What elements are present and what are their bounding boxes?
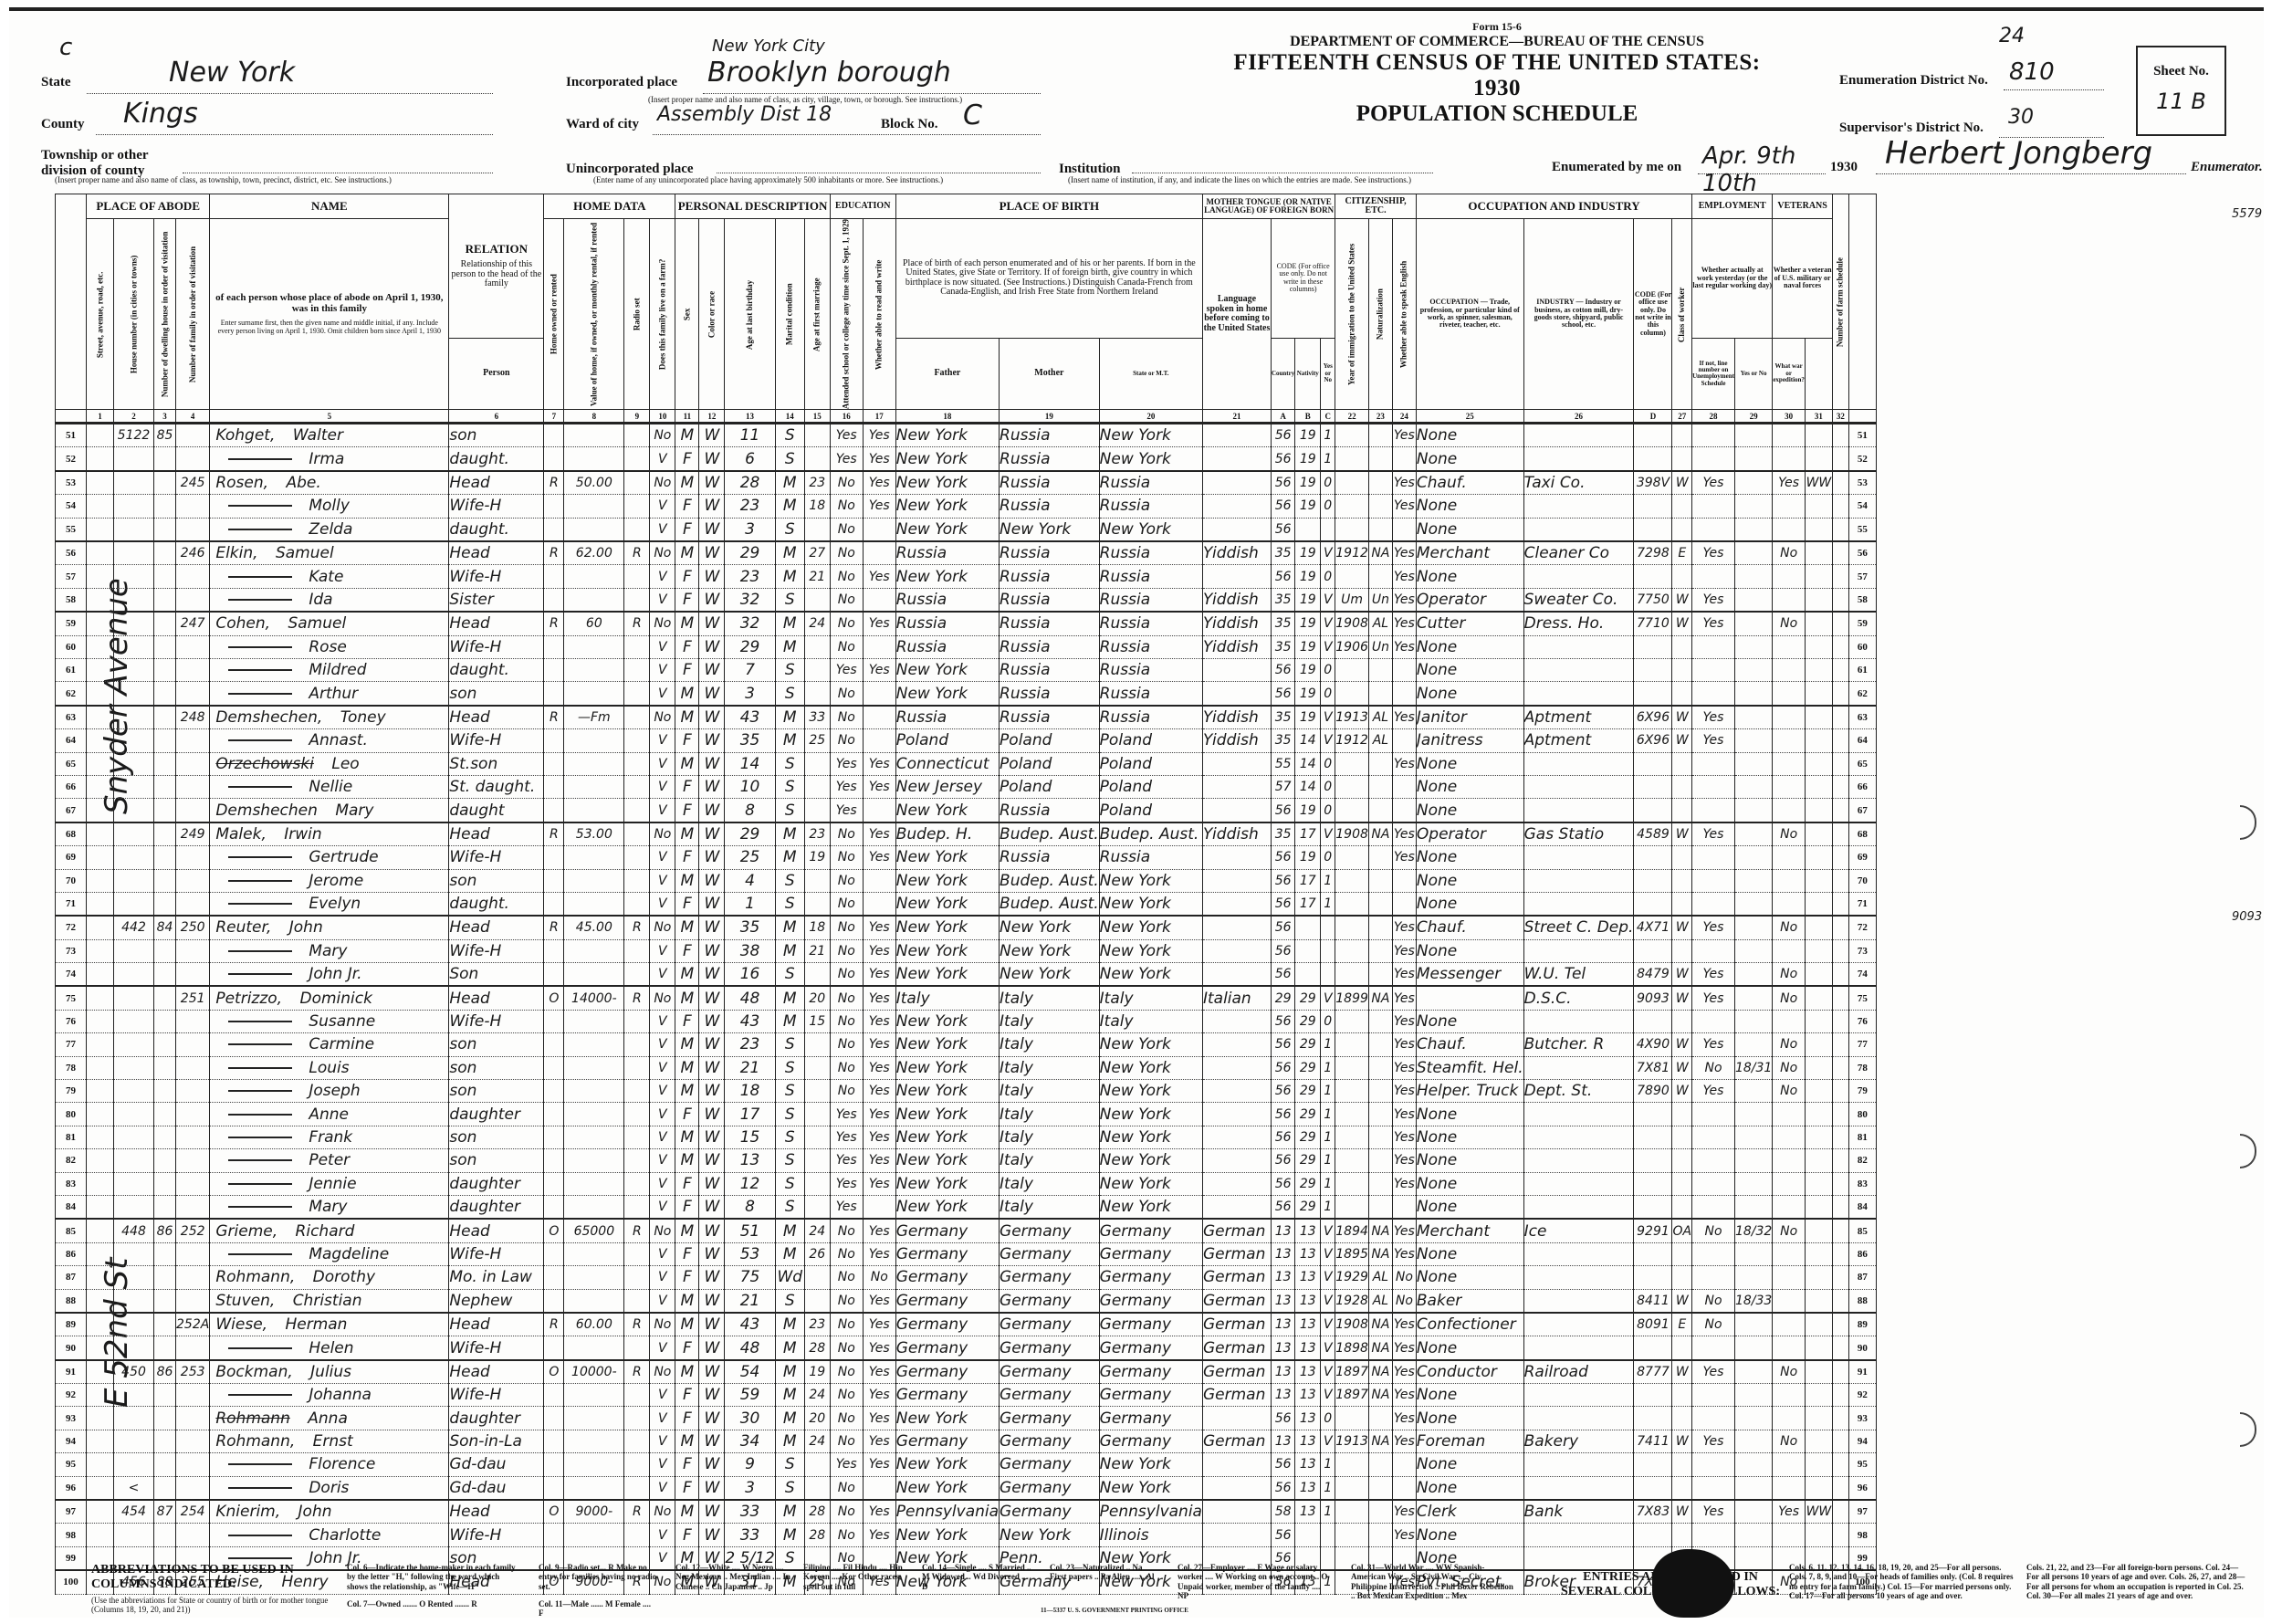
sex-cell: F: [675, 447, 699, 471]
age-cell: 29: [725, 635, 775, 658]
farm-schedule-cell: [1832, 1219, 1848, 1242]
sex-cell: F: [675, 1103, 699, 1126]
relation-cell: daughter: [449, 1195, 544, 1219]
header-code-state: State or M.T.: [1099, 338, 1202, 409]
speaks-english-cell: Yes: [1392, 1219, 1416, 1242]
code-c-cell: 0: [1321, 471, 1335, 495]
naturalization-cell: [1368, 892, 1392, 916]
unemployment-line-cell: [1734, 1476, 1772, 1500]
speaks-english-cell: Yes: [1392, 565, 1416, 588]
line-number: 96: [56, 1476, 87, 1500]
ditto-dash: [228, 1535, 292, 1536]
census-sheet: c State New York County Kings Township o…: [9, 7, 2264, 1618]
war-cell: [1805, 1360, 1832, 1384]
county-field: Kings: [96, 105, 493, 135]
birthplace-father-cell: Poland: [1000, 775, 1100, 798]
code-a-cell: 56: [1271, 1149, 1294, 1172]
code-b-cell: 13: [1295, 1219, 1321, 1242]
line-number-right: 75: [1848, 986, 1876, 1010]
township-label: Township or other division of county: [41, 148, 178, 178]
industry-cell: [1523, 1336, 1634, 1360]
farm-cell: V: [650, 1407, 675, 1430]
home-value-cell: [564, 752, 624, 775]
code-b-cell: 13: [1295, 1453, 1321, 1476]
street-cell: [87, 1242, 114, 1265]
given-name: Abe.: [286, 474, 320, 492]
occupation-cell: Steamfit. Hel.: [1416, 1056, 1523, 1079]
industry-cell: Cleaner Co: [1523, 541, 1634, 565]
read-write-cell: [863, 869, 895, 892]
speaks-english-cell: Yes: [1392, 1336, 1416, 1360]
veteran-cell: No: [1773, 1219, 1806, 1242]
immigration-year-cell: [1335, 424, 1369, 447]
name-cell: Rohmann Anna: [210, 1407, 449, 1430]
marital-condition-cell: M: [775, 471, 804, 495]
farm-cell: No: [650, 1219, 675, 1242]
at-work-cell: [1692, 424, 1735, 447]
class-of-worker-cell: W: [1672, 916, 1692, 939]
birthplace-person-cell: New York: [895, 447, 999, 471]
birthplace-mother-cell: Germany: [1099, 1384, 1202, 1407]
industry-cell: [1523, 799, 1634, 822]
table-row: 87Rohmann, DorothyMo. in LawVFW75WdNoNoG…: [56, 1266, 1897, 1289]
table-row: 78LouissonVMW21SNoYesNew YorkItalyNew Yo…: [56, 1056, 1897, 1079]
school-cell: No: [830, 822, 863, 846]
birthplace-mother-cell: Italy: [1099, 986, 1202, 1010]
occupation-code-cell: [1634, 447, 1672, 471]
read-write-cell: Yes: [863, 846, 895, 869]
veteran-cell: [1773, 447, 1806, 471]
age-first-marriage-cell: [804, 1103, 830, 1126]
mother-tongue-cell: [1202, 471, 1271, 495]
birthplace-person-cell: New York: [895, 916, 999, 939]
dwelling-number-cell: [154, 1195, 176, 1219]
relation-cell: Wife-H: [449, 565, 544, 588]
header-citizenship: CITIZENSHIP, ETC.: [1335, 194, 1417, 219]
code-c-cell: 1: [1321, 1033, 1335, 1056]
table-row: 89252AWiese, HermanHeadR60.00RNoMW43M23N…: [56, 1313, 1897, 1336]
industry-cell: [1523, 495, 1634, 518]
home-tenure-cell: [544, 1172, 564, 1195]
state-field: New York: [87, 64, 493, 94]
code-c-cell: V: [1321, 1219, 1335, 1242]
marital-condition-cell: M: [775, 846, 804, 869]
industry-cell: Butcher. R: [1523, 1033, 1634, 1056]
street-cell: [87, 541, 114, 565]
at-work-cell: [1692, 1384, 1735, 1407]
immigration-year-cell: [1335, 565, 1369, 588]
table-row: 9145086253Bockman, JuliusHeadO10000-RNoM…: [56, 1360, 1897, 1384]
farm-schedule-cell: [1832, 1126, 1848, 1148]
ditto-dash: [228, 1114, 292, 1116]
race-cell: W: [699, 846, 725, 869]
birthplace-father-cell: Italy: [1000, 1172, 1100, 1195]
home-tenure-cell: [544, 1103, 564, 1126]
birthplace-father-cell: Germany: [1000, 1476, 1100, 1500]
class-of-worker-cell: [1672, 1149, 1692, 1172]
speaks-english-cell: Yes: [1392, 541, 1416, 565]
school-cell: Yes: [830, 658, 863, 681]
code-c-cell: V: [1321, 1336, 1335, 1360]
street-cell: [87, 1126, 114, 1148]
given-name: Helen: [309, 1339, 353, 1357]
dwelling-number-cell: [154, 1126, 176, 1148]
dwelling-number-cell: [154, 1524, 176, 1546]
street-cell: [87, 869, 114, 892]
birthplace-mother-cell: New York: [1099, 1172, 1202, 1195]
unemployment-line-cell: [1734, 518, 1772, 541]
veteran-cell: [1773, 1476, 1806, 1500]
speaks-english-cell: Yes: [1392, 963, 1416, 987]
naturalization-cell: NA: [1368, 1430, 1392, 1452]
naturalization-cell: [1368, 1056, 1392, 1079]
class-of-worker-cell: W: [1672, 822, 1692, 846]
abbrev-col6: Col. 6—Indicate the home-maker in each f…: [347, 1563, 520, 1591]
farm-schedule-cell: [1832, 1430, 1848, 1452]
birthplace-person-cell: New York: [895, 424, 999, 447]
header-veterans: VETERANS: [1773, 194, 1833, 219]
industry-cell: [1523, 424, 1634, 447]
code-b-cell: [1295, 916, 1321, 939]
school-cell: No: [830, 869, 863, 892]
ditto-dash: [228, 950, 292, 952]
farm-cell: V: [650, 1384, 675, 1407]
read-write-cell: Yes: [863, 1384, 895, 1407]
farm-schedule-cell: [1832, 565, 1848, 588]
dwelling-number-cell: [154, 706, 176, 729]
street-cell: [87, 495, 114, 518]
line-number-right: 52: [1848, 447, 1876, 471]
at-work-cell: [1692, 1195, 1735, 1219]
birthplace-father-cell: Italy: [1000, 1056, 1100, 1079]
class-of-worker-cell: [1672, 518, 1692, 541]
birthplace-father-cell: Russia: [1000, 447, 1100, 471]
naturalization-cell: NA: [1368, 1242, 1392, 1265]
home-value-cell: [564, 963, 624, 987]
veteran-cell: [1773, 706, 1806, 729]
code-c-cell: 1: [1321, 1500, 1335, 1524]
column-number: 1: [87, 410, 114, 424]
race-cell: W: [699, 706, 725, 729]
code-c-cell: V: [1321, 1289, 1335, 1313]
read-write-cell: No: [863, 1266, 895, 1289]
line-number: 68: [56, 822, 87, 846]
at-work-cell: Yes: [1692, 729, 1735, 752]
ditto-dash: [228, 505, 292, 507]
race-cell: W: [699, 1360, 725, 1384]
ditto-dash: [228, 1067, 292, 1069]
farm-schedule-cell: [1832, 1384, 1848, 1407]
speaks-english-cell: Yes: [1392, 1524, 1416, 1546]
immigration-year-cell: [1335, 775, 1369, 798]
name-cell: Jerome: [210, 869, 449, 892]
table-row: 81FranksonVMW15SYesYesNew YorkItalyNew Y…: [56, 1126, 1897, 1148]
code-b-cell: 13: [1295, 1242, 1321, 1265]
class-of-worker-cell: W: [1672, 986, 1692, 1010]
occupation-cell: [1416, 986, 1523, 1010]
radio-set-cell: [624, 1524, 650, 1546]
age-cell: 8: [725, 799, 775, 822]
relation-cell: daughter: [449, 1172, 544, 1195]
sex-cell: F: [675, 729, 699, 752]
industry-cell: [1523, 939, 1634, 962]
speaks-english-cell: Yes: [1392, 1172, 1416, 1195]
birthplace-father-cell: Russia: [1000, 612, 1100, 635]
home-value-cell: 14000-: [564, 986, 624, 1010]
line-number: 85: [56, 1219, 87, 1242]
farm-cell: V: [650, 775, 675, 798]
column-number: 15: [804, 410, 830, 424]
birthplace-father-cell: Germany: [1000, 1336, 1100, 1360]
unemployment-line-cell: [1734, 1103, 1772, 1126]
occupation-code-cell: [1634, 1242, 1672, 1265]
naturalization-cell: [1368, 471, 1392, 495]
occupation-code-cell: [1634, 1172, 1672, 1195]
street-cell: [87, 1407, 114, 1430]
code-a-cell: 56: [1271, 1103, 1294, 1126]
sex-cell: F: [675, 1010, 699, 1032]
read-write-cell: Yes: [863, 1010, 895, 1032]
radio-set-cell: [624, 424, 650, 447]
immigration-year-cell: [1335, 1010, 1369, 1032]
sex-cell: M: [675, 752, 699, 775]
birthplace-father-cell: New York: [1000, 916, 1100, 939]
farm-schedule-cell: [1832, 1336, 1848, 1360]
age-first-marriage-cell: 19: [804, 1360, 830, 1384]
column-number: 12: [699, 410, 725, 424]
sex-cell: F: [675, 1336, 699, 1360]
home-value-cell: 65000: [564, 1219, 624, 1242]
industry-cell: [1523, 635, 1634, 658]
line-number-right: 98: [1848, 1524, 1876, 1546]
birthplace-mother-cell: Germany: [1099, 1360, 1202, 1384]
age-first-marriage-cell: 20: [804, 1407, 830, 1430]
age-first-marriage-cell: [804, 1453, 830, 1476]
line-number-right: 63: [1848, 706, 1876, 729]
street-cell: [87, 1313, 114, 1336]
farm-schedule-cell: [1832, 495, 1848, 518]
code-a-cell: 56: [1271, 1453, 1294, 1476]
code-a-cell: 13: [1271, 1360, 1294, 1384]
home-tenure-cell: [544, 424, 564, 447]
age-first-marriage-cell: [804, 658, 830, 681]
age-cell: 51: [725, 1219, 775, 1242]
race-cell: W: [699, 588, 725, 612]
age-cell: 3: [725, 1476, 775, 1500]
immigration-year-cell: 1898: [1335, 1336, 1369, 1360]
school-cell: No: [830, 1500, 863, 1524]
ditto-dash: [228, 646, 292, 648]
school-cell: No: [830, 963, 863, 987]
given-name: Joseph: [309, 1082, 360, 1100]
war-cell: [1805, 1242, 1832, 1265]
line-number-right: 55: [1848, 518, 1876, 541]
read-write-cell: Yes: [863, 775, 895, 798]
radio-set-cell: [624, 799, 650, 822]
sex-cell: F: [675, 775, 699, 798]
street-cell: [87, 588, 114, 612]
table-row: 66NellieSt. daught.VFW10SYesYesNew Jerse…: [56, 775, 1897, 798]
farm-cell: V: [650, 1103, 675, 1126]
birthplace-mother-cell: New York: [1099, 1195, 1202, 1219]
occupation-cell: Conductor: [1416, 1360, 1523, 1384]
home-tenure-cell: [544, 799, 564, 822]
street-cell: [87, 706, 114, 729]
name-cell: Carmine: [210, 1033, 449, 1056]
header-marital: Marital condition: [775, 219, 804, 410]
code-c-cell: 0: [1321, 1407, 1335, 1430]
farm-cell: V: [650, 869, 675, 892]
occupation-code-cell: 8479: [1634, 963, 1672, 987]
name-cell: Demshechen, Toney: [210, 706, 449, 729]
relation-cell: Wife-H: [449, 1242, 544, 1265]
school-cell: No: [830, 1056, 863, 1079]
sex-cell: M: [675, 1500, 699, 1524]
unemployment-line-cell: [1734, 916, 1772, 939]
code-b-cell: 17: [1295, 892, 1321, 916]
immigration-year-cell: 1913: [1335, 1430, 1369, 1452]
speaks-english-cell: Yes: [1392, 916, 1416, 939]
school-cell: No: [830, 1242, 863, 1265]
header-tenure: Home owned or rented: [544, 219, 564, 410]
relation-cell: Wife-H: [449, 729, 544, 752]
speaks-english-cell: Yes: [1392, 1056, 1416, 1079]
industry-cell: [1523, 1384, 1634, 1407]
birthplace-father-cell: New York: [1000, 963, 1100, 987]
occupation-cell: Janitress: [1416, 729, 1523, 752]
code-b-cell: 13: [1295, 1313, 1321, 1336]
birthplace-person-cell: New York: [895, 1010, 999, 1032]
race-cell: W: [699, 658, 725, 681]
race-cell: W: [699, 518, 725, 541]
family-number-cell: [176, 495, 210, 518]
veteran-cell: [1773, 1010, 1806, 1032]
unemployment-line-cell: [1734, 846, 1772, 869]
unemployment-line-cell: [1734, 635, 1772, 658]
marital-condition-cell: M: [775, 986, 804, 1010]
radio-set-cell: [624, 1476, 650, 1500]
farm-cell: V: [650, 635, 675, 658]
table-row: 74John Jr.SonVMW16SNoYesNew YorkNew York…: [56, 963, 1897, 987]
line-number: 98: [56, 1524, 87, 1546]
unemployment-line-cell: [1734, 541, 1772, 565]
relation-cell: Head: [449, 541, 544, 565]
family-number-cell: [176, 1195, 210, 1219]
given-name: Ida: [309, 591, 332, 609]
farm-cell: No: [650, 1360, 675, 1384]
veteran-cell: [1773, 658, 1806, 681]
name-cell: Wiese, Herman: [210, 1313, 449, 1336]
occupation-cell: Helper. Truck: [1416, 1080, 1523, 1103]
speaks-english-cell: [1392, 729, 1416, 752]
immigration-year-cell: [1335, 939, 1369, 962]
age-cell: 30: [725, 1407, 775, 1430]
veteran-cell: [1773, 1103, 1806, 1126]
age-cell: 8: [725, 1195, 775, 1219]
home-tenure-cell: [544, 1336, 564, 1360]
dwelling-number-cell: [154, 752, 176, 775]
industry-cell: Dress. Ho.: [1523, 612, 1634, 635]
unemployment-line-cell: [1734, 1336, 1772, 1360]
code-c-cell: 0: [1321, 846, 1335, 869]
farm-cell: No: [650, 706, 675, 729]
speaks-english-cell: [1392, 1476, 1416, 1500]
home-value-cell: [564, 775, 624, 798]
mother-tongue-cell: [1202, 799, 1271, 822]
code-a-cell: 56: [1271, 1172, 1294, 1195]
read-write-cell: Yes: [863, 1407, 895, 1430]
house-number-cell: [114, 1126, 154, 1148]
immigration-year-cell: [1335, 1500, 1369, 1524]
farm-schedule-cell: [1832, 447, 1848, 471]
given-name: Samuel: [276, 544, 334, 562]
age-first-marriage-cell: 24: [804, 612, 830, 635]
code-a-cell: 56: [1271, 1056, 1294, 1079]
home-value-cell: 10000-: [564, 1360, 624, 1384]
birthplace-person-cell: New York: [895, 1453, 999, 1476]
war-cell: [1805, 588, 1832, 612]
naturalization-cell: AL: [1368, 1266, 1392, 1289]
at-work-cell: No: [1692, 1289, 1735, 1313]
house-number-cell: 454: [114, 1500, 154, 1524]
speaks-english-cell: Yes: [1392, 471, 1416, 495]
family-number-cell: 247: [176, 612, 210, 635]
school-cell: No: [830, 612, 863, 635]
war-cell: [1805, 752, 1832, 775]
class-of-worker-cell: [1672, 869, 1692, 892]
unemployment-line-cell: [1734, 1242, 1772, 1265]
mother-tongue-cell: [1202, 1476, 1271, 1500]
home-tenure-cell: [544, 588, 564, 612]
given-name: Susanne: [309, 1012, 375, 1031]
birthplace-mother-cell: Germany: [1099, 1242, 1202, 1265]
street-cell: [87, 729, 114, 752]
header-mother-tongue: MOTHER TONGUE (OR NATIVE LANGUAGE) OF FO…: [1202, 194, 1335, 219]
at-work-cell: [1692, 1336, 1735, 1360]
farm-cell: V: [650, 447, 675, 471]
class-of-worker-cell: [1672, 682, 1692, 706]
header-occupation: OCCUPATION — Trade, profession, or parti…: [1416, 219, 1523, 410]
read-write-cell: [863, 541, 895, 565]
home-tenure-cell: [544, 635, 564, 658]
occupation-code-cell: [1634, 565, 1672, 588]
age-cell: 53: [725, 1242, 775, 1265]
margin-note-top: 5579: [2232, 207, 2262, 221]
house-number-cell: [114, 799, 154, 822]
header-age-first-marriage: Age at first marriage: [804, 219, 830, 410]
header-place-of-abode: PLACE OF ABODE: [87, 194, 210, 219]
age-first-marriage-cell: [804, 1033, 830, 1056]
line-number-right: 56: [1848, 541, 1876, 565]
farm-cell: V: [650, 1172, 675, 1195]
header-age: Age at last birthday: [725, 219, 775, 410]
race-cell: W: [699, 822, 725, 846]
class-of-worker-cell: [1672, 1476, 1692, 1500]
code-b-cell: 19: [1295, 635, 1321, 658]
marital-condition-cell: S: [775, 775, 804, 798]
code-b-cell: 19: [1295, 541, 1321, 565]
table-row: 56246Elkin, SamuelHeadR62.00RNoMW29M27No…: [56, 541, 1897, 565]
house-number-cell: [114, 1149, 154, 1172]
at-work-cell: [1692, 1524, 1735, 1546]
naturalization-cell: Un: [1368, 635, 1392, 658]
age-first-marriage-cell: 23: [804, 822, 830, 846]
war-cell: [1805, 1313, 1832, 1336]
farm-cell: V: [650, 1430, 675, 1452]
age-first-marriage-cell: 21: [804, 939, 830, 962]
population-table: PLACE OF ABODE NAME RELATIONRelationship…: [55, 194, 1897, 1595]
class-of-worker-cell: E: [1672, 541, 1692, 565]
